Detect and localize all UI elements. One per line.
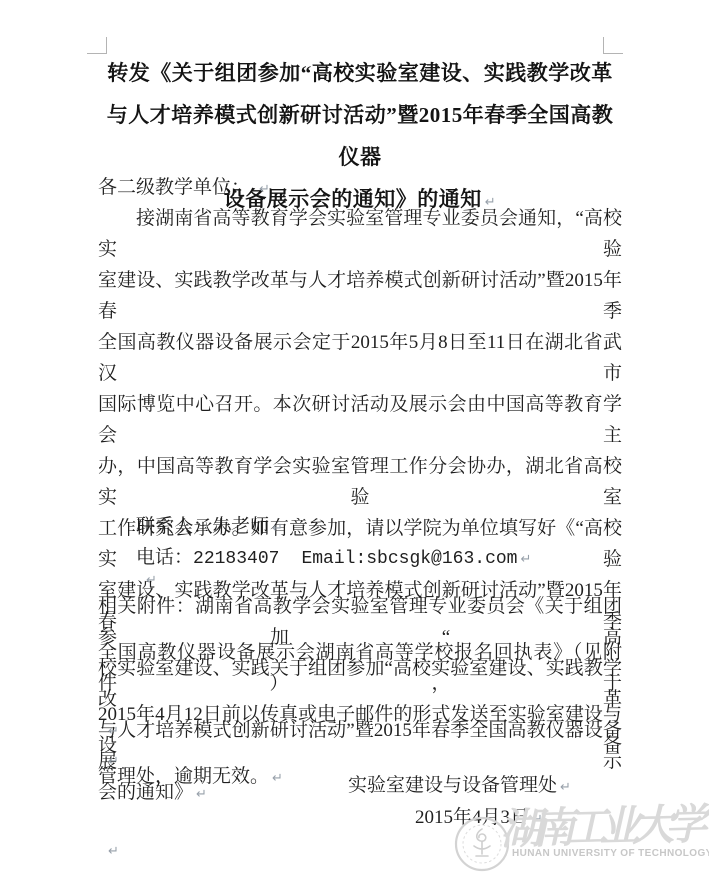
text-line: 相关附件：湖南省高教学会实验室管理专业委员会《关于组团参加“高 <box>98 591 622 653</box>
text-run: 会的通知》 <box>98 782 193 803</box>
text-run: 全国高教仪器设备展示会定于2015年5月8日至11日在湖北省武汉市 <box>98 332 622 384</box>
university-name-watermark: 湖南工业大学 <box>499 791 709 856</box>
text-line: 校实验室建设、实践关于组团参加“高校实验室建设、实践教学改革 <box>98 653 622 715</box>
empty-paragraph: ↵ <box>98 750 629 772</box>
paragraph-mark-icon: ↵ <box>259 182 270 197</box>
text-line: 全国高教仪器设备展示会定于2015年5月8日至11日在湖北省武汉市 <box>98 327 622 389</box>
paragraph-mark-icon: ↵ <box>146 573 157 588</box>
paragraph-mark-icon: ↵ <box>108 844 119 859</box>
document-page: 转发《关于组团参加“高校实验室建设、实践教学改革 与人才培养模式创新研讨活动”暨… <box>0 0 709 872</box>
email-address: Email:sbcsgk@163.com <box>301 549 517 569</box>
empty-paragraph: ↵ <box>98 720 629 742</box>
text-line: 室建设、实践教学改革与人才培养模式创新研讨活动”暨2015年春季 <box>98 265 622 327</box>
phone-label: 电话： <box>136 547 193 568</box>
salutation-line: 各二级教学单位：↵ <box>98 172 622 205</box>
text-run: 相关附件：湖南省高教学会实验室管理专业委员会《关于组团参加“高 <box>98 596 622 648</box>
text-line: 国际博览中心召开。本次研讨活动及展示会由中国高等教育学会主 <box>98 389 622 451</box>
phone-number: 22183407 <box>193 549 279 569</box>
text-line: 接湖南省高等教育学会实验室管理专业委员会通知，“高校实验 <box>98 203 622 265</box>
signature-department: 实验室建设与设备管理处 <box>348 775 557 796</box>
paragraph-mark-icon: ↵ <box>108 724 119 739</box>
text-run: 接湖南省高等教育学会实验室管理专业委员会通知，“高校实验 <box>98 208 622 260</box>
text-run: 办，中国高等教育学会实验室管理工作分会协办，湖北省高校实验室 <box>98 456 622 508</box>
title-line-1: 转发《关于组团参加“高校实验室建设、实践教学改革 <box>98 52 622 94</box>
paragraph-mark-icon: ↵ <box>272 521 283 536</box>
contact-person-text: 联系人：朱老师 <box>136 516 269 537</box>
title-line-2: 与人才培养模式创新研讨活动”暨2015年春季全国高教仪器 <box>98 94 622 178</box>
university-name-english-watermark: HUNAN UNIVERSITY OF TECHNOLOGY <box>512 848 709 859</box>
empty-paragraph: ↵ <box>98 569 629 591</box>
text-run: 校实验室建设、实践关于组团参加“高校实验室建设、实践教学改革 <box>98 658 622 710</box>
text-line: 办，中国高等教育学会实验室管理工作分会协办，湖北省高校实验室 <box>98 451 622 513</box>
paragraph-mark-icon: ↵ <box>196 787 207 802</box>
contact-person-line: 联系人：朱老师↵ <box>98 511 622 544</box>
text-run: 国际博览中心召开。本次研讨活动及展示会由中国高等教育学会主 <box>98 394 622 446</box>
text-run: 室建设、实践教学改革与人才培养模式创新研讨活动”暨2015年春季 <box>98 270 622 322</box>
salutation-text: 各二级教学单位： <box>98 177 250 198</box>
paragraph-mark-icon: ↵ <box>560 780 571 795</box>
paragraph-mark-icon: ↵ <box>108 754 119 769</box>
paragraph-mark-icon: ↵ <box>520 552 531 567</box>
